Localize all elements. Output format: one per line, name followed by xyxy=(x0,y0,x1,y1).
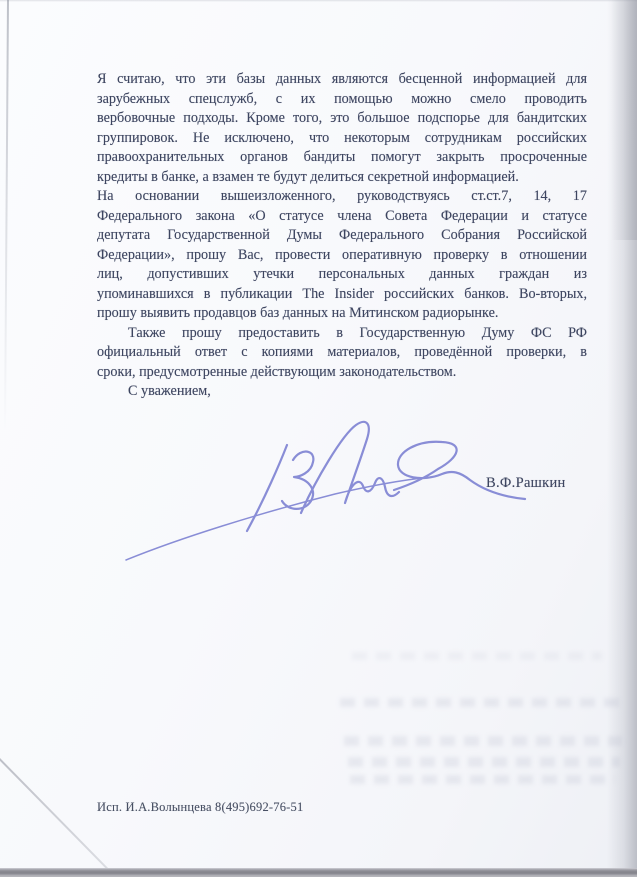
bleedthrough-text xyxy=(344,736,622,746)
page-left-edge-line xyxy=(4,0,9,430)
letter-line: На основании вышеизложенного, руководств… xyxy=(97,187,587,207)
letter-line: сроки, предусмотренные действующим закон… xyxy=(97,363,587,383)
letter-line: вербовочные подходы. Кроме того, это бол… xyxy=(97,109,587,129)
closing-salutation: С уважением, xyxy=(97,382,587,402)
letter-body: Я считаю, что эти базы данных являются б… xyxy=(97,70,587,402)
letter-line: прошу выявить продавцов баз данных на Ми… xyxy=(97,304,587,324)
scan-bottom-edge xyxy=(0,868,637,877)
letter-line: Федерального закона «О статусе члена Сов… xyxy=(97,207,587,227)
letter-line: зарубежных спецслужб, с их помощью можно… xyxy=(97,90,587,110)
letter-line: депутата Государственной Думы Федерально… xyxy=(97,226,587,246)
bleedthrough-text xyxy=(352,652,602,660)
executor-note: Исп. И.А.Волынцева 8(495)692-76-51 xyxy=(97,800,303,815)
handwritten-signature xyxy=(110,413,540,581)
bleedthrough-text xyxy=(350,775,615,784)
scanned-letter-page: Я считаю, что эти базы данных являются б… xyxy=(0,0,637,877)
signature-scribble-svg xyxy=(110,413,540,581)
bottom-left-corner-crease xyxy=(0,756,119,877)
paragraph-1: Я считаю, что эти базы данных являются б… xyxy=(97,70,587,187)
letter-line: группировок. Не исключено, что некоторым… xyxy=(97,129,587,149)
bleedthrough-text xyxy=(340,698,622,707)
letter-line: Также прошу предоставить в Государственн… xyxy=(97,324,587,344)
letter-line: Я считаю, что эти базы данных являются б… xyxy=(97,70,587,90)
paragraph-3: Также прошу предоставить в Государственн… xyxy=(97,324,587,383)
paragraph-2: На основании вышеизложенного, руководств… xyxy=(97,187,587,324)
letter-line: кредиты в банке, а взамен те будут делит… xyxy=(97,168,587,188)
bleedthrough-text xyxy=(348,757,620,767)
scan-top-edge xyxy=(0,0,637,2)
letter-line: официальный ответ с копиями материалов, … xyxy=(97,343,587,363)
signee-name: В.Ф.Рашкин xyxy=(486,475,566,492)
letter-line: упоминавшихся в публикации The Insider р… xyxy=(97,285,587,305)
letter-line: правоохранительных органов бандиты помог… xyxy=(97,148,587,168)
letter-line: лиц, допустивших утечки персональных дан… xyxy=(97,265,587,285)
letter-line: Федерации», прошу Вас, провести оператив… xyxy=(97,246,587,266)
scan-right-edge-shadow xyxy=(611,0,637,240)
